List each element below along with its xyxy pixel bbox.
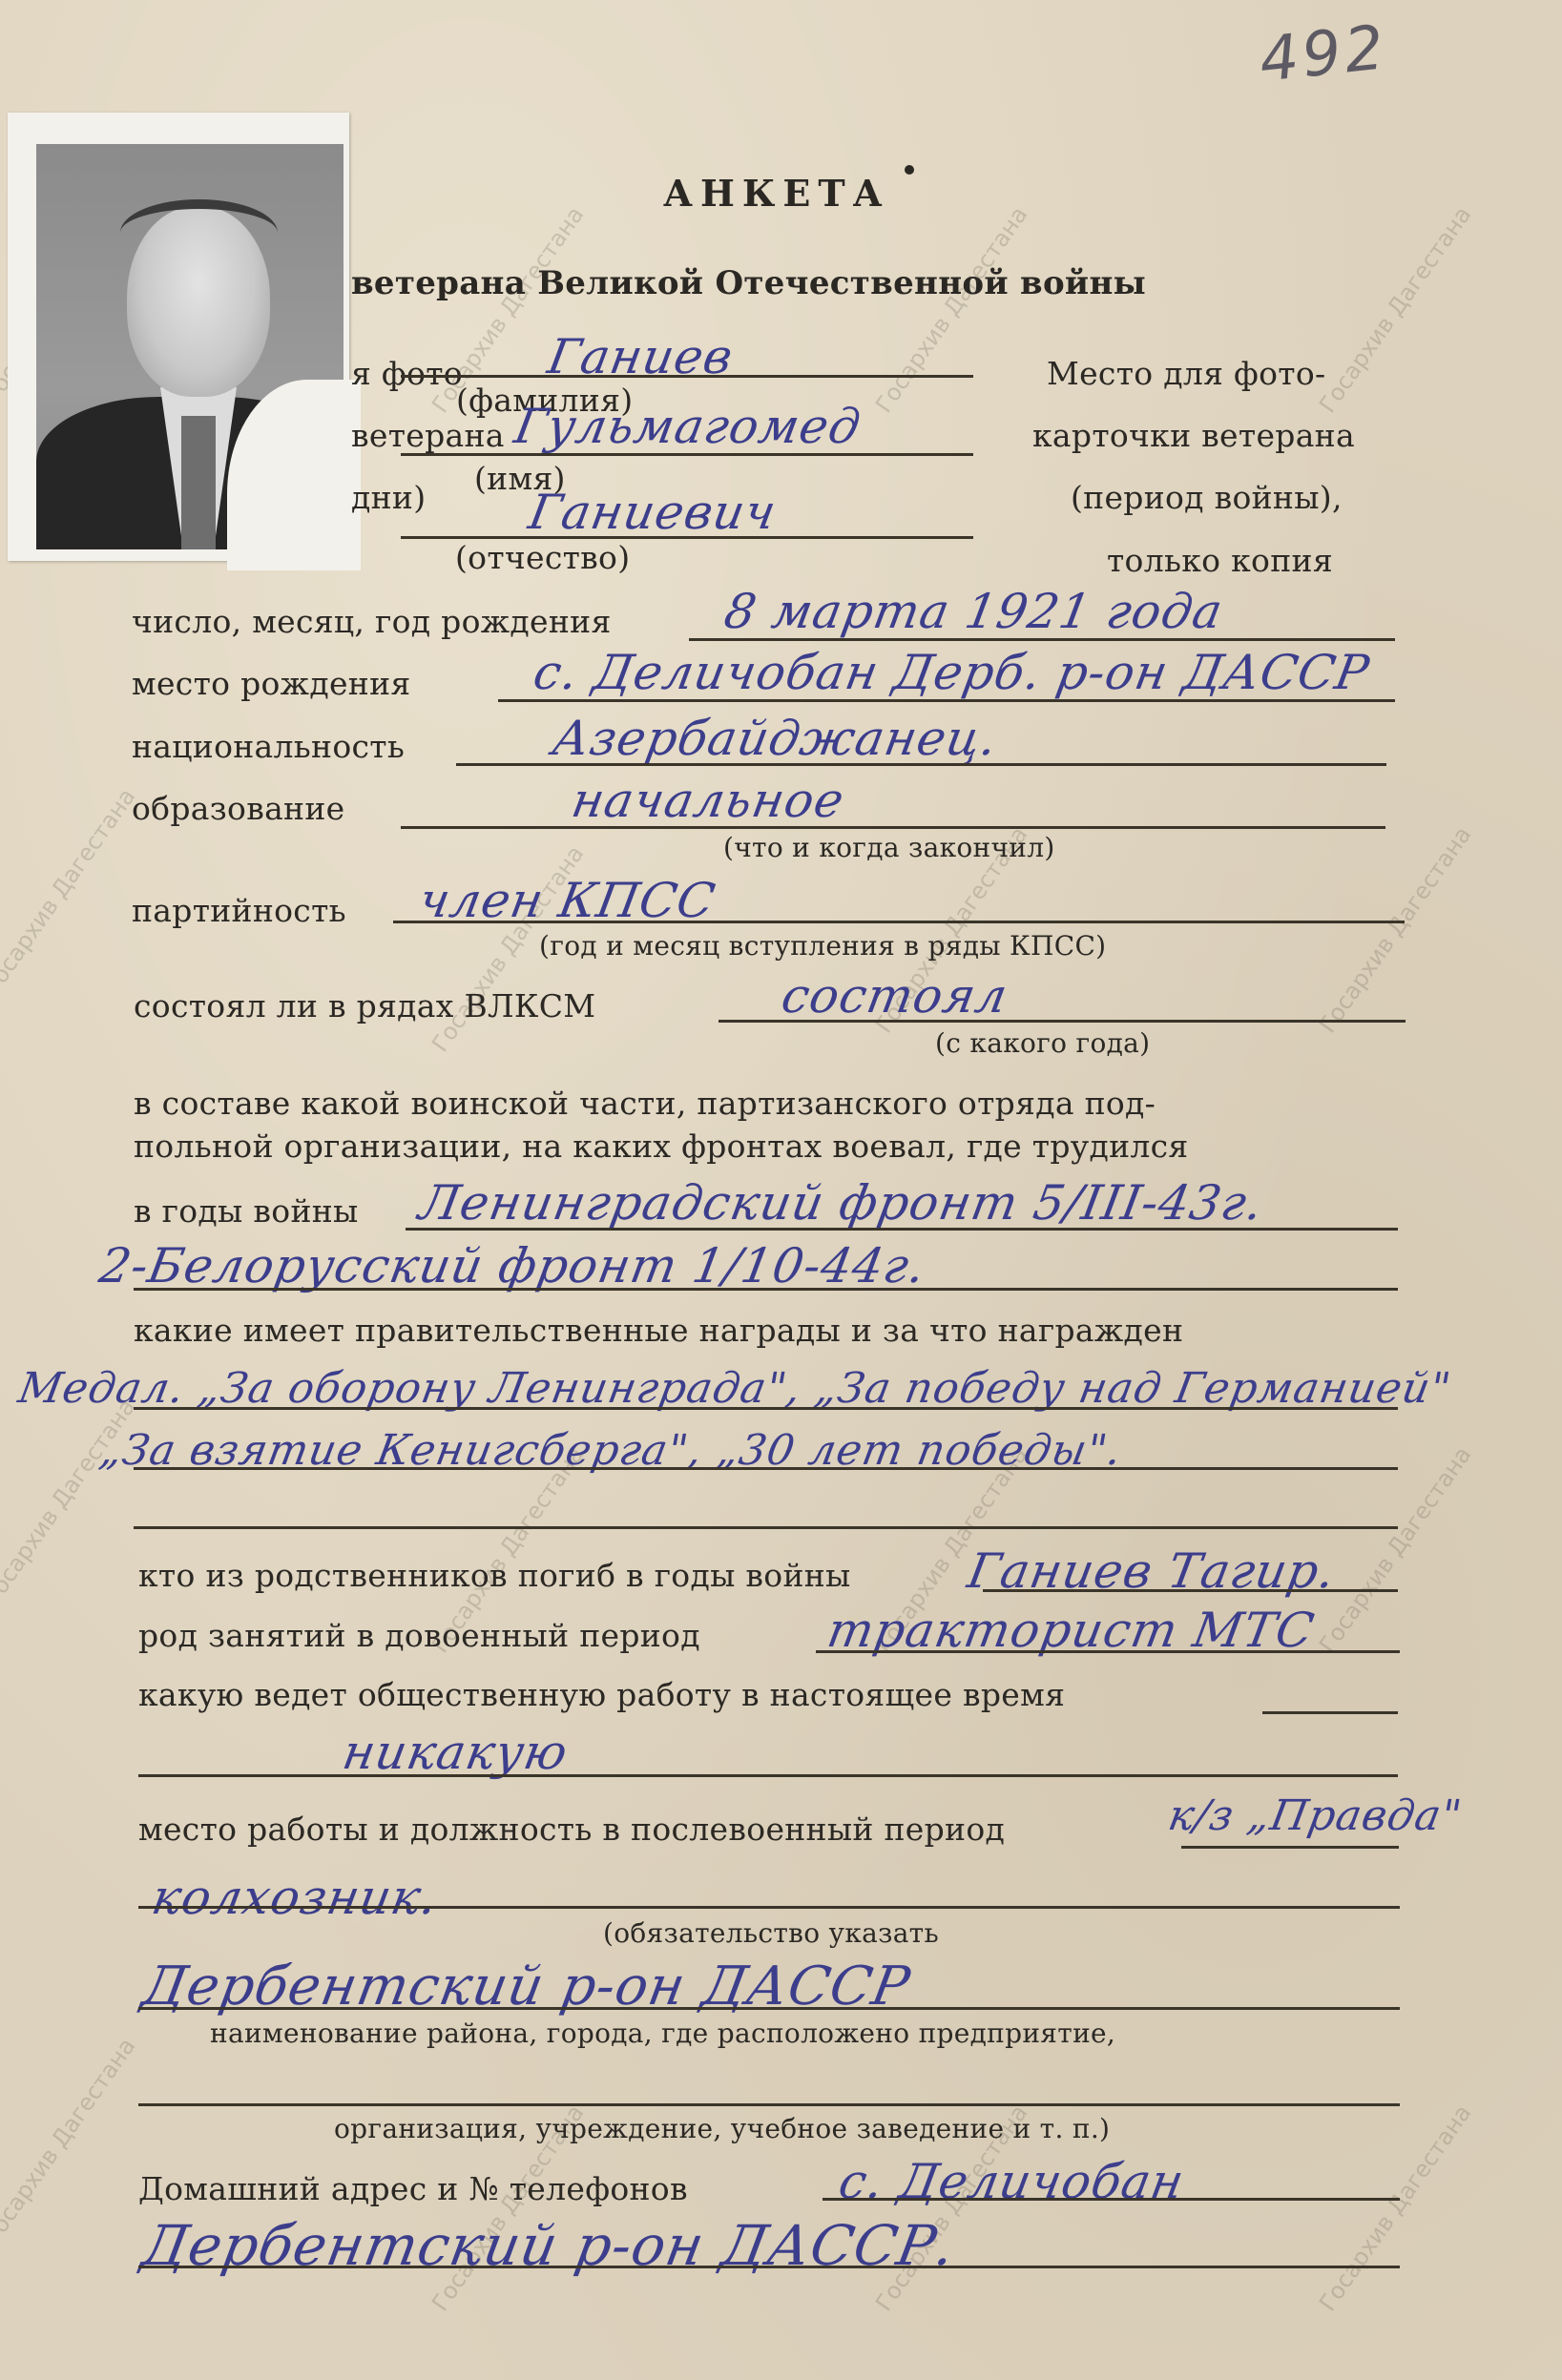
komsomol-label: состоял ли в рядах ВЛКСМ <box>134 987 595 1024</box>
home-address-value-1: с. Деличобан <box>835 2154 1189 2209</box>
awards-line-3 <box>134 1526 1398 1529</box>
birth-date-line <box>689 638 1395 641</box>
photo-label-left-3: дни) <box>351 479 426 516</box>
birth-date-label: число, месяц, год рождения <box>132 603 612 640</box>
postwar-value-1: к/з „Правда" <box>1165 1791 1467 1840</box>
nationality-value: Азербайджанец. <box>549 711 1002 766</box>
postwar-line-1 <box>1181 1846 1399 1849</box>
education-line <box>401 826 1385 829</box>
prewar-label: род занятий в довоенный период <box>138 1617 700 1654</box>
postwar-label: место работы и должность в послевоенный … <box>138 1811 1005 1848</box>
form-subtitle: ветерана Великой Отечественной войны <box>351 264 1146 302</box>
education-caption: (что и когда закончил) <box>723 832 1055 863</box>
birth-place-value: с. Деличобан Дерб. р-он ДАССР <box>530 645 1374 700</box>
war-service-line-2 <box>134 1288 1398 1291</box>
party-caption: (год и месяц вступления в ряды КПСС) <box>539 930 1106 962</box>
public-work-line-1 <box>1262 1711 1398 1714</box>
veteran-photo <box>8 113 349 561</box>
postwar-caption-2: наименование района, города, где располо… <box>210 2018 1115 2049</box>
photo-label-right-2: карточки ветерана <box>1032 417 1355 454</box>
public-work-value: никакую <box>339 1725 573 1780</box>
postwar-line-2 <box>138 1906 1400 1909</box>
photo-label-right-4: только копия <box>1107 542 1333 579</box>
war-service-label-1: в составе какой воинской части, партизан… <box>134 1085 1156 1122</box>
birth-place-label: место рождения <box>132 665 411 702</box>
postwar-caption-3: организация, учреждение, учебное заведен… <box>334 2113 1110 2144</box>
postwar-line-3 <box>138 2007 1400 2010</box>
watermark: Госархив Дагестана <box>870 201 1032 418</box>
awards-value-1: Медал. „За оборону Ленинграда", „За побе… <box>15 1364 1455 1413</box>
war-service-label-2: польной организации, на каких фронтах во… <box>134 1128 1189 1165</box>
form-title: АНКЕТА <box>663 172 890 215</box>
education-value: начальное <box>568 773 849 828</box>
patronymic-caption: (отчество) <box>455 539 630 576</box>
title-dot <box>905 165 914 175</box>
postwar-value-2: колхозник. <box>148 1870 442 1925</box>
watermark: Госархив Дагестана <box>1314 201 1476 418</box>
awards-label: какие имеет правительственные награды и … <box>134 1312 1183 1349</box>
education-label: образование <box>132 790 344 827</box>
war-service-line-1 <box>406 1228 1398 1231</box>
birth-place-line <box>498 699 1395 702</box>
awards-line-2 <box>134 1467 1398 1470</box>
war-service-value-2: 2-Белорусский фронт 1/10-44г. <box>95 1238 930 1293</box>
watermark: Госархив Дагестана <box>1314 821 1476 1038</box>
patronymic-value: Ганиевич <box>525 485 781 540</box>
nationality-label: национальность <box>132 728 405 765</box>
komsomol-value: состоял <box>778 968 1012 1024</box>
war-service-value-1: Ленинградский фронт 5/III-43г. <box>415 1175 1268 1231</box>
party-line <box>393 921 1405 923</box>
hair-shape <box>120 199 278 266</box>
awards-line-1 <box>134 1407 1398 1410</box>
watermark: Госархив Дагестана <box>0 783 140 1000</box>
photo-label-right-1: Место для фото- <box>1047 355 1325 392</box>
komsomol-caption: (с какого года) <box>935 1027 1150 1059</box>
birth-date-value: 8 марта 1921 года <box>720 584 1227 639</box>
prewar-line <box>816 1650 1400 1653</box>
first-name-line <box>401 453 973 456</box>
nationality-line <box>456 763 1386 766</box>
komsomol-line <box>719 1020 1406 1023</box>
public-work-line-2 <box>138 1774 1398 1777</box>
home-address-line-2 <box>138 2266 1400 2268</box>
public-work-label: какую ведет общественную работу в настоя… <box>138 1676 1065 1713</box>
relatives-line <box>983 1589 1398 1592</box>
photo-label-right-3: (период войны), <box>1071 479 1343 516</box>
watermark: Госархив Дагестана <box>1314 2100 1476 2316</box>
relatives-label: кто из родственников погиб в годы войны <box>138 1557 851 1594</box>
party-label: партийность <box>132 892 346 929</box>
home-address-label: Домашний адрес и № телефонов <box>138 2170 688 2207</box>
photo-label-left-2: ветерана <box>351 417 505 454</box>
postwar-caption-1: (обязательство указать <box>603 1917 939 1949</box>
first-name-value: Гульмагомед <box>510 399 865 454</box>
war-service-label-3: в годы войны <box>134 1192 359 1230</box>
postwar-line-4 <box>138 2103 1400 2106</box>
page-number: 492 <box>1256 12 1390 96</box>
tie-shape <box>181 416 216 549</box>
home-address-line-1 <box>823 2198 1400 2201</box>
surname-line <box>401 375 973 378</box>
watermark: Госархив Дагестана <box>0 2033 140 2249</box>
